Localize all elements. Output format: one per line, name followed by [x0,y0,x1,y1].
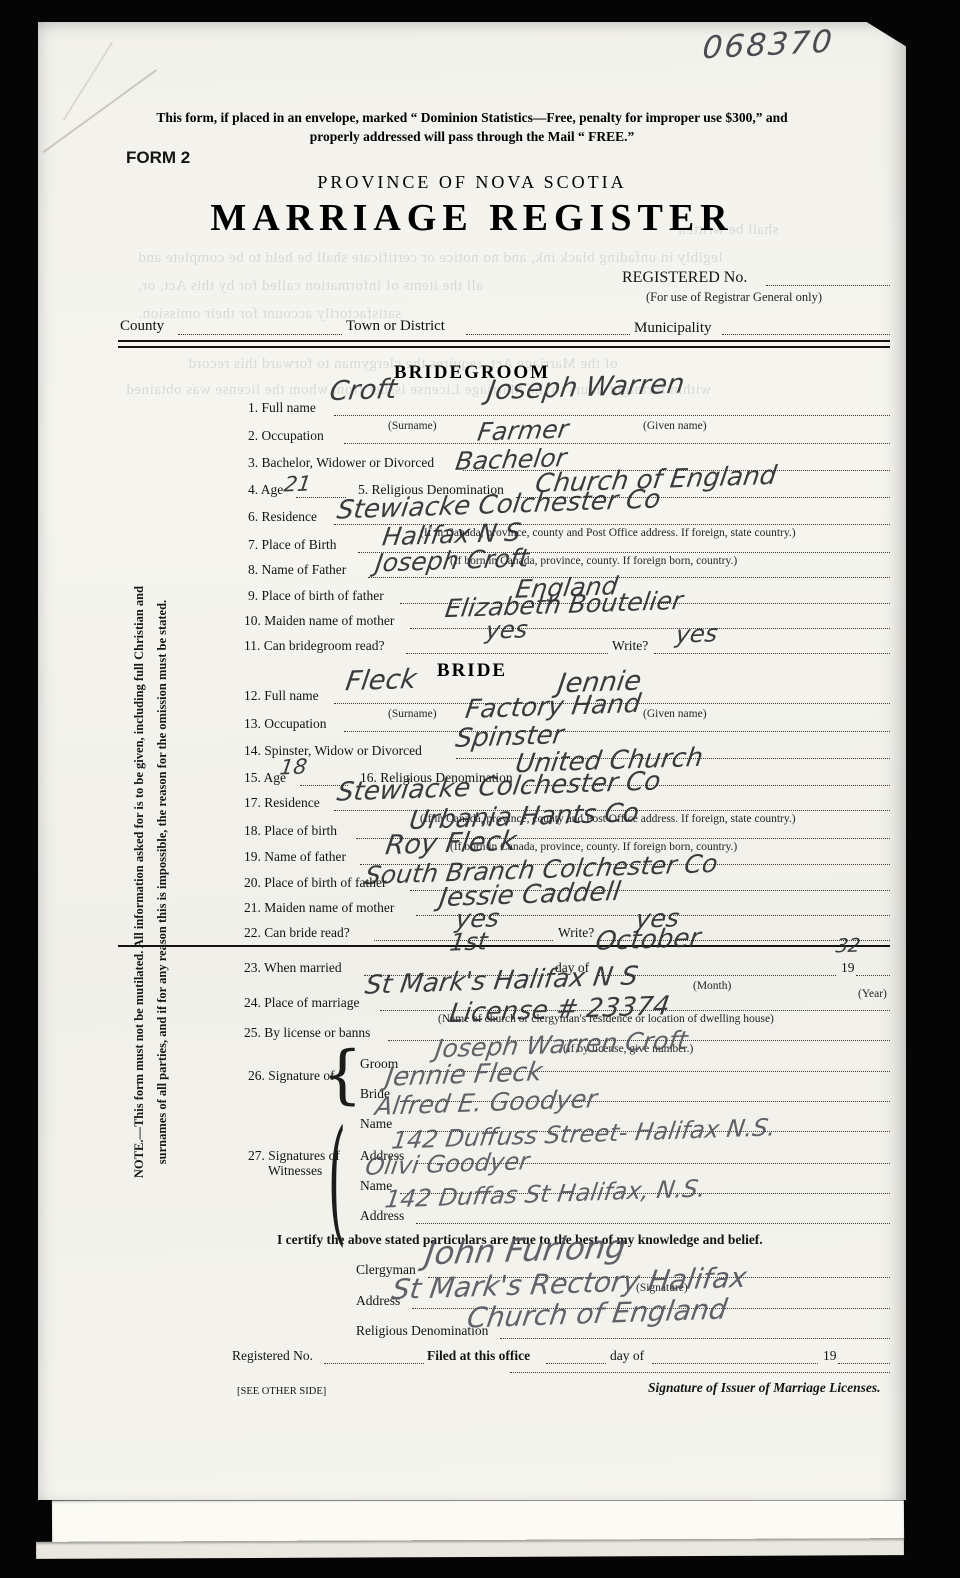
envelope-note-line1: This form, if placed in an envelope, mar… [38,110,906,126]
field-27-label-2: Witnesses [268,1163,322,1179]
field-3-label: 3. Bachelor, Widower or Divorced [248,455,434,471]
document-number-handwritten: 068370 [701,27,835,65]
field-11-write-value: yes [674,621,719,646]
dotted-line [324,1363,424,1364]
field-15-value: 18 [278,757,308,779]
page-title: MARRIAGE REGISTER [38,196,906,240]
field-9-label: 9. Place of birth of father [248,588,384,604]
double-rule [118,340,890,348]
dotted-line [410,628,890,629]
clergyman-signature: John Furlong [423,1231,628,1270]
witness-1-name-value: Alfred E. Goodyer [374,1086,599,1119]
field-22-write-label: Write? [558,925,594,941]
municipality-label: Municipality [634,320,712,337]
field-4-label: 4. Age [248,482,283,498]
field-8-label: 8. Name of Father [248,562,346,578]
field-23-year-value: 32 [835,937,862,957]
dotted-line [856,975,890,976]
corner-cut [865,21,907,47]
underlying-page-edge-2 [36,1538,904,1559]
given-name-sublabel: (Given name) [643,708,707,720]
field-2-label: 2. Occupation [248,428,324,444]
dotted-line [334,415,890,416]
year-sublabel: (Year) [858,988,887,1000]
field-10-label: 10. Maiden name of mother [244,613,394,629]
dotted-line [838,1363,890,1364]
field-23-day-value: 1st [448,929,489,954]
see-other-side-note: [SEE OTHER SIDE] [237,1386,326,1397]
field-1-surname-value: Croft [328,376,399,405]
dotted-line [466,334,630,335]
field-11-write-label: Write? [612,638,648,654]
field-7-label: 7. Place of Birth [248,537,336,553]
field-13-label: 13. Occupation [244,716,326,732]
filed-year-19-label: 19 [823,1348,837,1364]
field-11-read-value: yes [484,617,529,642]
dotted-line [722,334,890,335]
county-label: County [120,318,164,335]
witness-2-name-value: Olivi Goodyer [364,1149,531,1179]
witness-2-address-value: 142 Duffas St Halifax, N.S. [383,1176,707,1211]
field-21-label: 21. Maiden name of mother [244,900,394,916]
field-22-label: 22. Can bride read? [244,925,350,941]
field-12-label: 12. Full name [244,688,319,704]
field-6-label: 6. Residence [248,509,317,525]
dotted-line [766,285,890,286]
dotted-line [654,653,890,654]
witness-1-address-value: 142 Duffuss Street- Halifax N.S. [390,1115,777,1152]
registered-no-bottom-label: Registered No. [232,1348,313,1364]
dotted-line [344,731,890,732]
dotted-line [510,1372,890,1373]
groom-signature: Joseph Warren Croft [434,1028,690,1062]
dotted-line [652,1363,818,1364]
field-25-value: License # 23374 [448,993,672,1027]
field-1-given-value: Joseph Warren [486,371,687,405]
dotted-line [344,443,890,444]
field-19-label: 19. Name of father [244,849,346,865]
town-district-label: Town or District [346,318,445,335]
dotted-line [546,1363,606,1364]
field-17-label: 17. Residence [244,795,320,811]
scanned-document: shall be written legibly in unfading bla… [0,0,960,1578]
bleed-through-text: all the items of information called for … [138,278,483,295]
year-19-label: 19 [841,960,855,976]
bleed-through-text: legibly in unfading black ink, and no no… [138,250,723,267]
field-27-label: 27. Signatures of [248,1148,340,1164]
field-19-value: Roy Fleck [384,828,519,860]
filed-label: Filed at this office [427,1348,530,1364]
dotted-line [178,334,342,335]
bride-heading: BRIDE [38,660,906,682]
field-23-label: 23. When married [244,960,342,976]
month-sublabel: (Month) [693,980,731,992]
registered-no-label: REGISTERED No. [622,269,747,287]
bridegroom-heading: BRIDEGROOM [38,362,906,384]
margin-note: NOTE.—This form must not be mutilated. A… [128,547,180,1217]
field-18-label: 18. Place of birth [244,823,337,839]
surname-sublabel: (Surname) [388,708,437,720]
dotted-line [368,577,890,578]
filed-day-of-label: day of [610,1348,644,1364]
margin-note-line2: surnames of all parties, and if for any … [151,547,174,1217]
issuer-signature-label: Signature of Issuer of Marriage Licenses… [648,1380,881,1396]
dotted-line [500,1338,890,1339]
section-rule [118,945,890,947]
province-heading: PROVINCE OF NOVA SCOTIA [38,172,906,193]
field-24-label: 24. Place of marriage [244,995,359,1011]
denomination-value: Church of England [465,1296,729,1333]
dotted-line [406,653,608,654]
field-12-surname-value: Fleck [344,666,418,695]
form-number: FORM 2 [126,148,190,168]
fold-crease-2 [63,41,113,120]
margin-note-line1: NOTE.—This form must not be mutilated. A… [128,547,151,1217]
registrar-note: (For use of Registrar General only) [646,290,822,305]
dotted-line [416,1223,890,1224]
envelope-note-line2: properly addressed will pass through the… [38,129,906,145]
field-14-label: 14. Spinster, Widow or Divorced [244,743,422,759]
field-13-value: Factory Hand [464,691,643,723]
field-23-month-value: October [594,925,702,955]
field-11-label: 11. Can bridegroom read? [244,638,384,654]
field-8-value: Joseph Croft [374,545,531,575]
field-10-value: Elizabeth Boutelier [444,588,685,621]
surname-sublabel: (Surname) [388,420,437,432]
marriage-register-page: shall be written legibly in unfading bla… [38,22,906,1500]
underlying-page-edge [52,1496,904,1544]
field-4-value: 21 [282,474,312,496]
field-2-value: Farmer [476,416,570,444]
given-name-sublabel: (Given name) [643,420,707,432]
field-1-label: 1. Full name [248,400,316,416]
